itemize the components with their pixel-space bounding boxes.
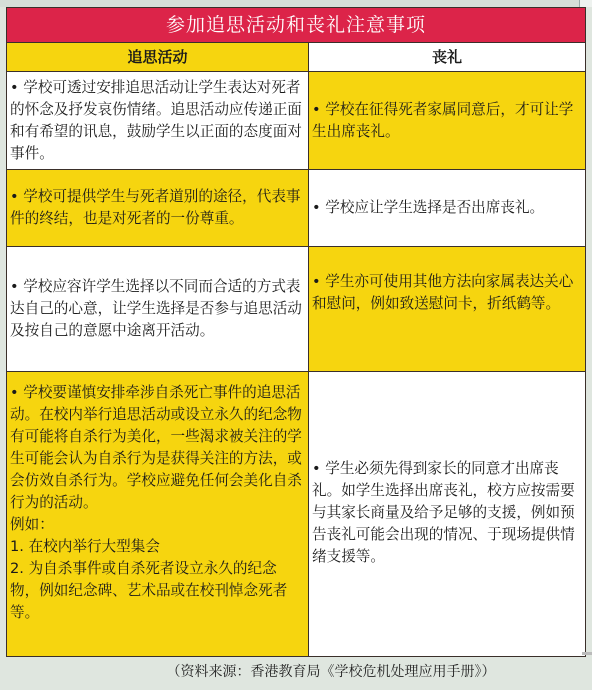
table-row: • 学校可透过安排追思活动让学生表达对死者的怀念及抒发哀伤情绪。追思活动应传递正… xyxy=(7,72,585,170)
funeral-text: • 学生亦可使用其他方法向家属表达关心和慰问，例如致送慰问卡，折纸鹤等。 xyxy=(312,271,582,315)
table-row: • 学校要谨慎安排牵涉自杀死亡事件的追思活动。在校内举行追思活动或设立永久的纪念… xyxy=(7,372,585,656)
memorial-cell: • 学校应容许学生选择以不同而合适的方式表达自己的心意，让学生选择是否参与追思活… xyxy=(7,247,309,371)
memorial-text: • 学校要谨慎安排牵涉自杀死亡事件的追思活动。在校内举行追思活动或设立永久的纪念… xyxy=(10,382,305,624)
funeral-text: • 学生必须先得到家长的同意才出席丧礼。如学生选择出席丧礼，校方应按需要与其家长… xyxy=(312,458,582,568)
funeral-text: • 学校应让学生选择是否出席丧礼。 xyxy=(312,197,544,219)
scroll-handle[interactable] xyxy=(582,652,592,655)
column-header-funeral: 丧礼 xyxy=(309,43,585,71)
table-row: • 学校可提供学生与死者道别的途径，代表事件的终结，也是对死者的一份尊重。 • … xyxy=(7,170,585,247)
table-title: 参加追思活动和丧礼注意事项 xyxy=(7,8,585,43)
top-strip xyxy=(0,0,592,7)
memorial-cell: • 学校可透过安排追思活动让学生表达对死者的怀念及抒发哀伤情绪。追思活动应传递正… xyxy=(7,72,309,169)
memorial-text: • 学校可提供学生与死者道别的途径，代表事件的终结，也是对死者的一份尊重。 xyxy=(10,186,305,230)
table-header-row: 追思活动 丧礼 xyxy=(7,43,585,72)
column-header-memorial: 追思活动 xyxy=(7,43,309,71)
funeral-cell: • 学生必须先得到家长的同意才出席丧礼。如学生选择出席丧礼，校方应按需要与其家长… xyxy=(309,372,585,656)
funeral-cell: • 学校在征得死者家属同意后，才可让学生出席丧礼。 xyxy=(309,72,585,169)
memorial-text: • 学校可透过安排追思活动让学生表达对死者的怀念及抒发哀伤情绪。追思活动应传递正… xyxy=(10,77,305,165)
source-caption: （资料来源：香港教育局《学校危机处理应用手册》） xyxy=(0,660,592,684)
funeral-cell: • 学生亦可使用其他方法向家属表达关心和慰问，例如致送慰问卡，折纸鹤等。 xyxy=(309,247,585,371)
memorial-cell: • 学校要谨慎安排牵涉自杀死亡事件的追思活动。在校内举行追思活动或设立永久的纪念… xyxy=(7,372,309,656)
window-corner xyxy=(579,0,592,7)
notice-table: 参加追思活动和丧礼注意事项 追思活动 丧礼 • 学校可透过安排追思活动让学生表达… xyxy=(6,7,586,657)
funeral-cell: • 学校应让学生选择是否出席丧礼。 xyxy=(309,170,585,246)
funeral-text: • 学校在征得死者家属同意后，才可让学生出席丧礼。 xyxy=(312,99,582,143)
memorial-cell: • 学校可提供学生与死者道别的途径，代表事件的终结，也是对死者的一份尊重。 xyxy=(7,170,309,246)
memorial-text: • 学校应容许学生选择以不同而合适的方式表达自己的心意，让学生选择是否参与追思活… xyxy=(10,276,305,342)
table-row: • 学校应容许学生选择以不同而合适的方式表达自己的心意，让学生选择是否参与追思活… xyxy=(7,247,585,372)
